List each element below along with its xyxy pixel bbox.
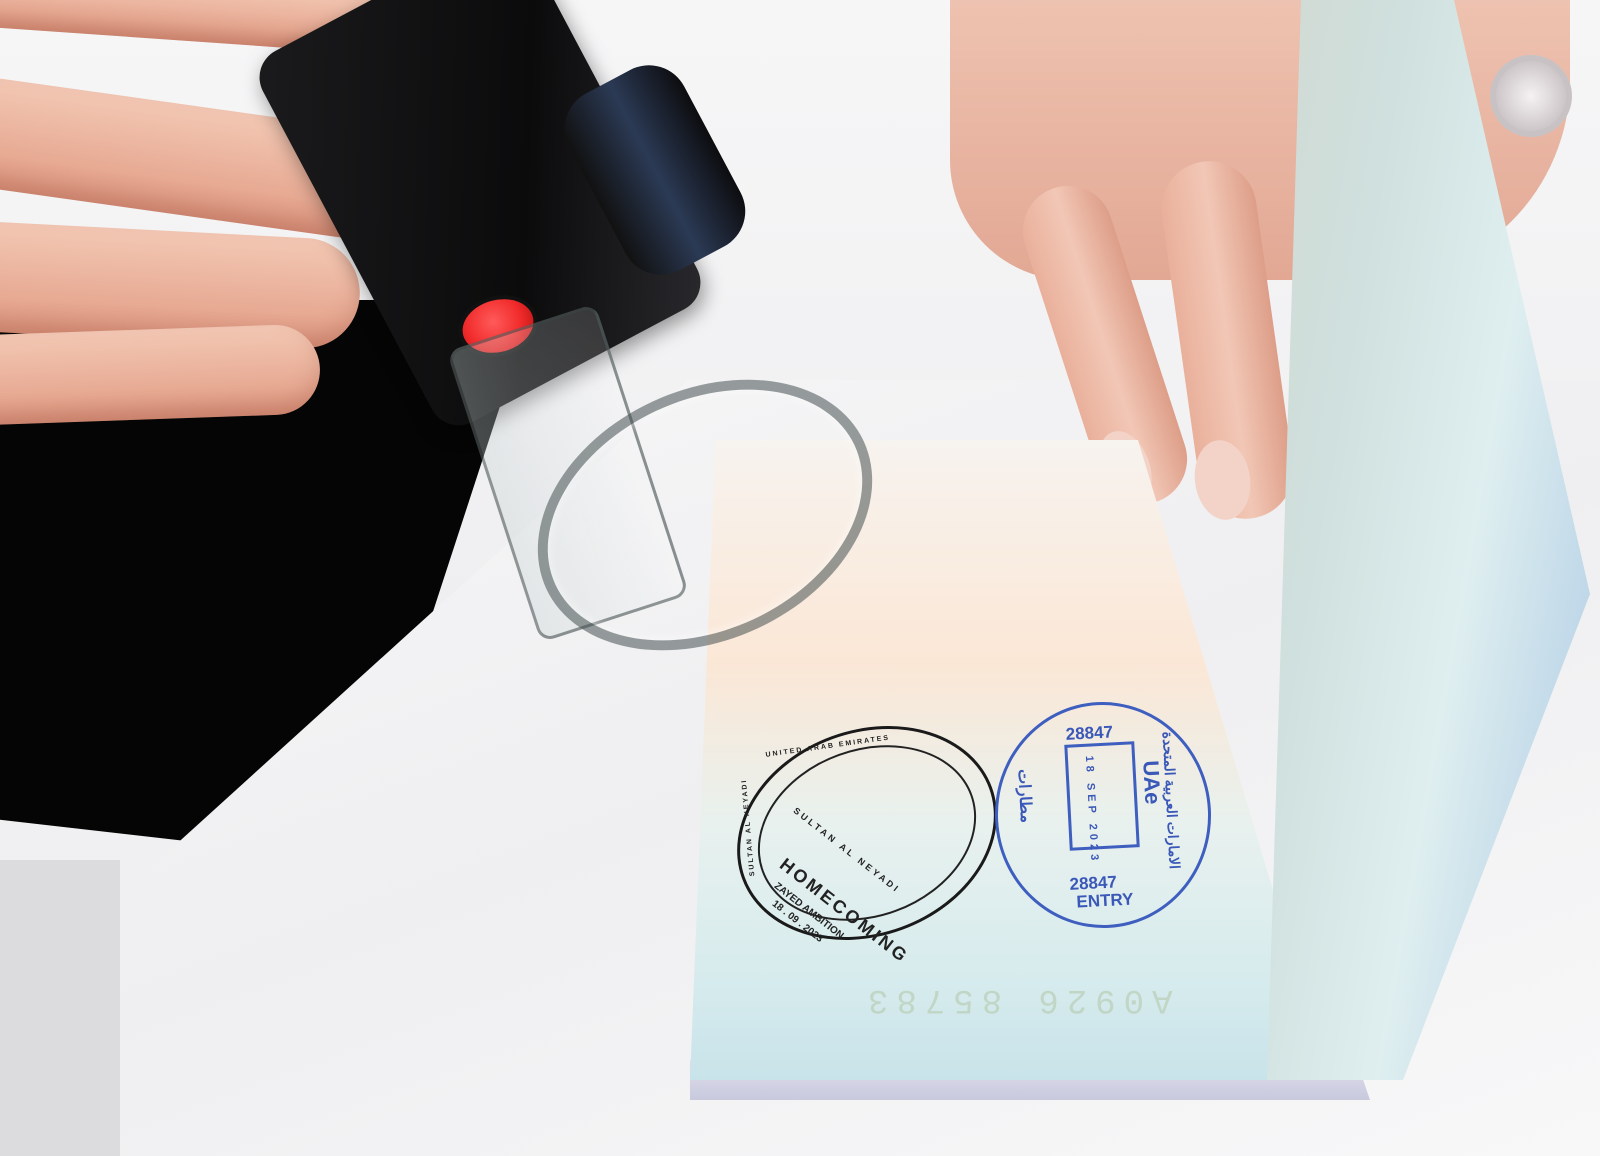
commemorative-stamp: UNITED ARAB EMIRATES SULTAN AL NEYADI SU…: [707, 691, 1027, 976]
stamp-name-ring-text: SULTAN AL NEYADI: [741, 778, 757, 876]
stamp-clear-base: [480, 280, 820, 640]
entry-stamp: 28847 18 SEP 2023 UAe مطارات الامارات ال…: [989, 697, 1217, 934]
passport-number-watermark: A0926 85783: [860, 980, 1172, 1018]
entry-stamp-date-box: [1064, 741, 1139, 851]
entry-stamp-arabic-right: الامارات العربية المتحدة: [1160, 731, 1183, 869]
photo-scene: A0926 85783 UNITED ARAB EMIRATES SULTAN …: [0, 0, 1600, 1156]
desk-edge: [0, 860, 120, 1156]
entry-stamp-number-top: 28847: [1065, 722, 1113, 744]
ring-jewelry: [1490, 55, 1572, 137]
entry-stamp-type: ENTRY: [1076, 890, 1134, 913]
entry-stamp-arabic-left: مطارات: [1014, 769, 1036, 824]
